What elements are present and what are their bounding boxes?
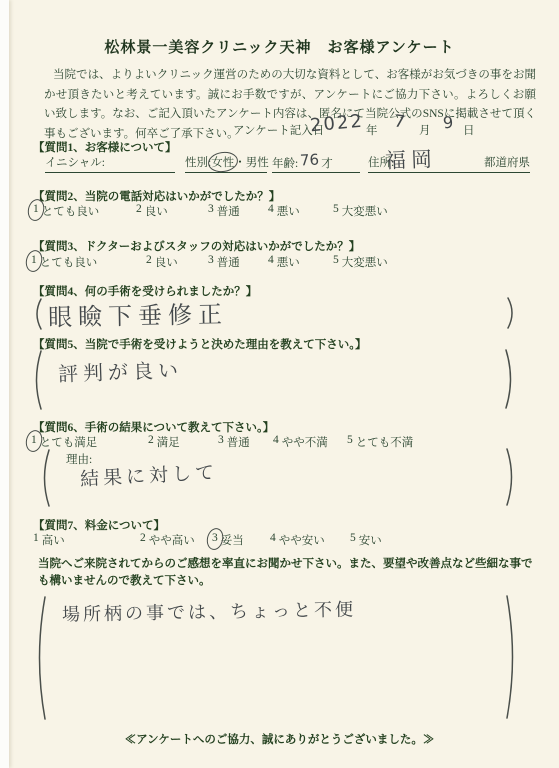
q2-option-3: 3普通	[208, 203, 240, 219]
q3-option-5: 5大変悪い	[333, 254, 388, 270]
q3-option-1: 1とても良い	[31, 254, 97, 270]
q2-option-1-label: とても良い	[42, 203, 100, 219]
q3-option-4-label: 悪い	[277, 254, 300, 270]
footer-thanks: ≪アンケートへのご協力、誠にありがとうございました。≫	[0, 731, 559, 747]
q2-header: 【質問2、当院の電話対応はいかがでしたか？】	[33, 188, 280, 204]
q2-option-5-num: 5	[333, 203, 339, 219]
q3-option-5-num: 5	[333, 254, 339, 270]
date-month-unit: 月	[419, 122, 431, 138]
q3-option-4: 4悪い	[268, 254, 300, 270]
gender-field: 性別:女性・男性	[185, 153, 267, 173]
q2-option-4-num: 4	[268, 203, 274, 219]
gender-option-male: 男性	[246, 157, 269, 169]
date-year-unit: 年	[366, 122, 378, 138]
q2-option-2-label: 良い	[145, 203, 168, 219]
q3-option-3: 3普通	[208, 254, 240, 270]
q7-option-5-label: 安い	[359, 532, 382, 548]
q6-option-5: 5とても不満	[347, 434, 413, 450]
q4-answer-bracket-right	[506, 296, 518, 330]
q4-answer-handwriting: 眼瞼下垂修正	[48, 294, 229, 332]
q3-option-2-label: 良い	[155, 254, 178, 270]
q3-option-2: 2良い	[146, 254, 178, 270]
q3-option-3-num: 3	[208, 254, 214, 270]
q3-option-4-num: 4	[268, 254, 274, 270]
q7-option-2: 2やや高い	[140, 532, 195, 548]
comments-bracket-left	[34, 595, 48, 721]
q5-answer-bracket-right	[504, 348, 516, 410]
date-day-value: 9	[442, 113, 454, 133]
q3-option-1-num: 1	[31, 254, 37, 270]
date-day-unit: 日	[463, 122, 475, 138]
q3-option-1-label: とても良い	[40, 254, 98, 270]
q7-option-1-num: 1	[33, 532, 39, 548]
gender-option-female: 女性	[211, 154, 234, 170]
q6-option-4-label: やや不満	[282, 434, 328, 450]
survey-sheet: 松林景一美容クリニック天神 お客様アンケート 当院では、よりよいクリニック運営の…	[0, 0, 559, 768]
q6-option-5-num: 5	[347, 434, 353, 450]
comments-prompt: 当院へご来院されてからのご感想を率直にお聞かせ下さい。また、要望や改善点など些細…	[38, 556, 536, 589]
q2-option-4: 4悪い	[268, 203, 300, 219]
q2-option-2: 2良い	[136, 203, 168, 219]
q5-answer-handwriting: 評判が良い	[58, 354, 184, 387]
q7-option-3-num: 3	[212, 532, 218, 548]
initial-label: イニシャル:	[45, 157, 105, 169]
q6-option-4: 4やや不満	[273, 434, 328, 450]
scan-edge	[0, 0, 9, 768]
comments-bracket-right	[504, 594, 518, 720]
q3-option-2-num: 2	[146, 254, 152, 270]
address-value-handwriting: 福岡	[384, 143, 437, 175]
q3-option-3-label: 普通	[217, 254, 240, 270]
q6-header: 【質問6、手術の結果について教えて下さい。】	[33, 419, 274, 435]
age-field: 年齢:76才	[272, 153, 360, 173]
age-value-handwriting: 76	[300, 151, 320, 170]
q7-option-2-num: 2	[140, 532, 146, 548]
q6-option-3-label: 普通	[227, 434, 250, 450]
comments-answer-handwriting: 場所柄の事では、ちょっと不便	[62, 595, 356, 626]
initial-field: イニシャル:	[45, 153, 175, 173]
q7-option-1: 1高い	[33, 532, 65, 548]
q7-option-4-label: やや安い	[279, 532, 325, 548]
q6-options: 1とても満足 2満足 3普通 4やや不満 5とても不満	[0, 434, 559, 452]
q6-option-3: 3普通	[218, 434, 250, 450]
q7-option-4-num: 4	[270, 532, 276, 548]
q6-reason-bracket-left	[39, 448, 51, 508]
q2-option-5-label: 大変悪い	[342, 203, 388, 219]
q2-option-3-num: 3	[208, 203, 214, 219]
q6-option-1-num: 1	[31, 434, 37, 450]
q6-option-5-label: とても不満	[356, 434, 414, 450]
q6-reason-bracket-right	[505, 447, 517, 507]
q7-option-5-num: 5	[350, 532, 356, 548]
q7-option-4: 4やや安い	[270, 532, 325, 548]
q7-options: 1高い 2やや高い 3妥当 4やや安い 5安い	[0, 532, 559, 550]
q2-options: 1とても良い 2良い 3普通 4悪い 5大変悪い	[0, 203, 559, 221]
q7-option-2-label: やや高い	[149, 532, 195, 548]
q7-header: 【質問7、料金について】	[33, 517, 165, 533]
q2-option-5: 5大変悪い	[333, 203, 388, 219]
q2-option-2-num: 2	[136, 203, 142, 219]
q5-answer-bracket-left	[31, 349, 43, 411]
q3-header: 【質問3、ドクターおよびスタッフの対応はいかがでしたか？】	[33, 238, 360, 254]
q3-options: 1とても良い 2良い 3普通 4悪い 5大変悪い	[0, 254, 559, 272]
age-label: 年齢:	[272, 158, 298, 170]
q6-option-2-label: 満足	[157, 434, 180, 450]
q7-option-5: 5安い	[350, 532, 382, 548]
q5-header: 【質問5、当院で手術を受けようと決めた理由を教えて下さい。】	[33, 336, 367, 352]
q2-option-1-num: 1	[33, 203, 39, 219]
q7-option-1-label: 高い	[42, 532, 65, 548]
q6-option-3-num: 3	[218, 434, 224, 450]
q2-option-1: 1とても良い	[33, 203, 99, 219]
q6-reason-handwriting: 結果に対して	[79, 457, 218, 491]
q3-option-5-label: 大変悪い	[342, 254, 388, 270]
q2-option-4-label: 悪い	[277, 203, 300, 219]
q6-option-2-num: 2	[148, 434, 154, 450]
q6-option-2: 2満足	[148, 434, 180, 450]
q6-option-4-num: 4	[273, 434, 279, 450]
q7-option-3: 3妥当	[212, 532, 244, 548]
address-suffix: 都道府県	[484, 154, 530, 170]
q2-option-3-label: 普通	[217, 203, 240, 219]
q4-answer-bracket-left	[31, 297, 43, 331]
age-unit: 才	[321, 158, 333, 170]
page-title: 松林景一美容クリニック天神 お客様アンケート	[0, 36, 559, 57]
q7-option-3-label: 妥当	[221, 532, 244, 548]
